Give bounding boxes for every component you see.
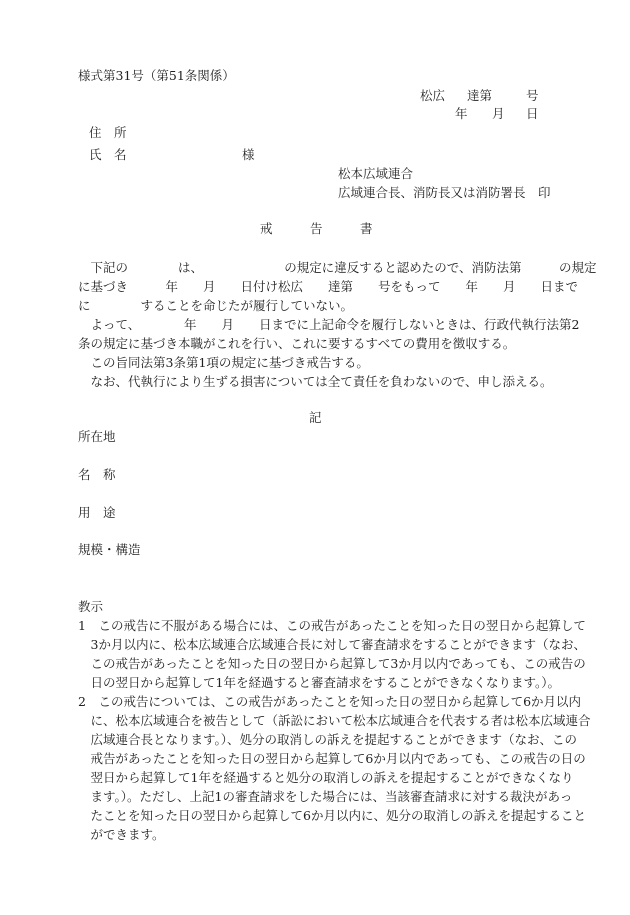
instruction-line: 3か月以内に、松本広域連合広域連合長に対して審査請求をすることができます（なお、 xyxy=(78,639,586,652)
ref-prefix: 松広 xyxy=(420,90,445,103)
instruction-line: ます。）。ただし、上記1の審査請求をした場合には、当該審査請求に対する裁決があっ xyxy=(78,791,572,804)
issuer-organization: 松本広域連合 xyxy=(338,168,413,181)
record-heading: 記 xyxy=(309,412,322,425)
instruction-line: 広域連合長となります。）、処分の取消しの訴えを提起することができます（なお、この xyxy=(78,734,577,747)
issuer-title: 広域連合長、消防長又は消防署長 印 xyxy=(338,187,551,200)
field-scale-structure: 規模・構造 xyxy=(78,544,141,557)
instruction-line: 日の翌日から起算して1年を経過すると審査請求をすることができなくなります。）。 xyxy=(78,677,560,690)
date-year: 年 xyxy=(455,108,468,121)
body-line: よって、 年 月 日までに上記命令を履行しないときは、行政代執行法第2 xyxy=(78,319,579,332)
name-label: 氏 名 xyxy=(89,149,127,162)
date-day: 日 xyxy=(526,108,539,121)
honorific: 様 xyxy=(242,149,255,162)
instruction-line: 翌日から起算して1年を経過すると処分の取消しの訴えを提起することができなくなり xyxy=(78,772,573,785)
instruction-heading: 教示 xyxy=(78,601,103,614)
instruction-line: たことを知った日の翌日から起算して6か月以内に、処分の取消しの訴えを提起すること xyxy=(78,810,586,823)
instruction-line: 1 この戒告に不服がある場合には、この戒告があったことを知った日の翌日から起算し… xyxy=(78,620,586,633)
form-number: 様式第31号（第51条関係） xyxy=(78,70,235,83)
instruction-line: この戒告があったことを知った日の翌日から起算して3か月以内であっても、この戒告の xyxy=(78,658,586,671)
body-line: この旨同法第3条第1項の規定に基づき戒告する。 xyxy=(78,357,369,370)
ref-suffix: 号 xyxy=(526,90,539,103)
field-usage: 用 途 xyxy=(78,507,116,520)
body-line: 条の規定に基づき本職がこれを行い、これに要するすべての費用を徴収する。 xyxy=(78,338,515,351)
address-label: 住 所 xyxy=(89,127,127,140)
instruction-line: 2 この戒告については、この戒告があったことを知った日の翌日から起算して6か月以… xyxy=(78,696,581,709)
date-month: 月 xyxy=(492,108,505,121)
instruction-line: に、松本広域連合を被告として（訴訟において松本広域連合を代表する者は松本広域連合 xyxy=(78,715,591,728)
instruction-line: ができます。 xyxy=(78,829,165,842)
document-title: 戒 告 書 xyxy=(260,223,373,236)
instruction-line: 戒告があったことを知った日の翌日から起算して6か月以内であっても、この戒告の日の xyxy=(78,753,586,766)
body-line: 下記の は、 の規定に違反すると認めたので、消防法第 の規定 xyxy=(78,262,597,275)
field-location: 所在地 xyxy=(78,431,116,444)
ref-mid: 達第 xyxy=(467,90,492,103)
body-line: なお、代執行により生ずる損害については全て責任を負わないので、申し添える。 xyxy=(78,376,553,389)
body-line: に基づき 年 月 日付け松広 達第 号をもって 年 月 日まで xyxy=(78,281,578,294)
field-name: 名 称 xyxy=(78,469,116,482)
body-line: に することを命じたが履行していない。 xyxy=(78,300,353,313)
